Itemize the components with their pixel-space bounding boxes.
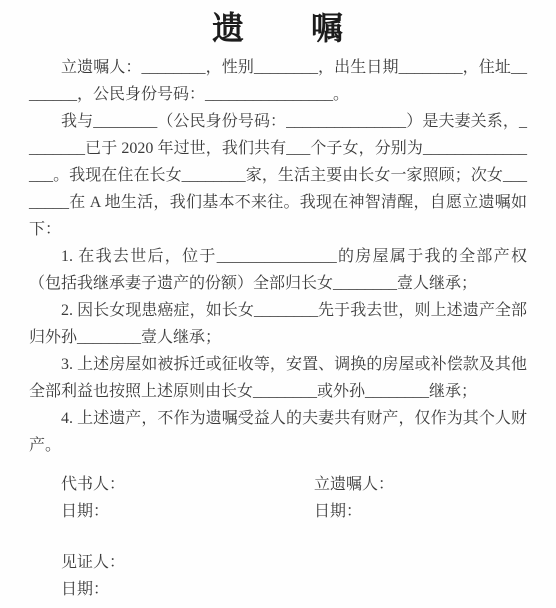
signature-column-scribe: 代书人： 日期：	[29, 471, 314, 525]
will-clause-3: 3. 上述房屋如被拆迁或征收等，安置、调换的房屋或补偿款及其他全部利益也按照上述…	[29, 351, 527, 405]
testator-date-label: 日期：	[314, 498, 527, 525]
signature-section: 代书人： 日期： 立遗嘱人： 日期：	[29, 471, 527, 525]
will-document-page: 遗 嘱 立遗嘱人：________，性别________，出生日期_______…	[0, 0, 556, 608]
paragraph-family-statement: 我与________（公民身份号码：_______________）是夫妻关系，…	[29, 108, 527, 243]
testator-signature-label: 立遗嘱人：	[314, 471, 527, 498]
scribe-signature-label: 代书人：	[61, 471, 314, 498]
will-clause-4: 4. 上述遗产，不作为遗嘱受益人的夫妻共有财产，仅作为其个人财产。	[29, 405, 527, 459]
will-clause-1: 1. 在我去世后，位于_______________的房屋属于我的全部产权（包括…	[29, 243, 527, 297]
paragraph-testator-info: 立遗嘱人：________，性别________，出生日期________，住址…	[29, 54, 527, 108]
witness-signature-label: 见证人：	[61, 549, 527, 576]
signature-column-testator: 立遗嘱人： 日期：	[314, 471, 527, 525]
witness-date-label: 日期：	[61, 576, 527, 603]
scribe-date-label: 日期：	[61, 498, 314, 525]
witness-signature-section: 见证人： 日期：	[29, 549, 527, 603]
document-title: 遗 嘱	[29, 8, 527, 48]
will-clause-2: 2. 因长女现患癌症，如长女________先于我去世，则上述遗产全部归外孙__…	[29, 297, 527, 351]
